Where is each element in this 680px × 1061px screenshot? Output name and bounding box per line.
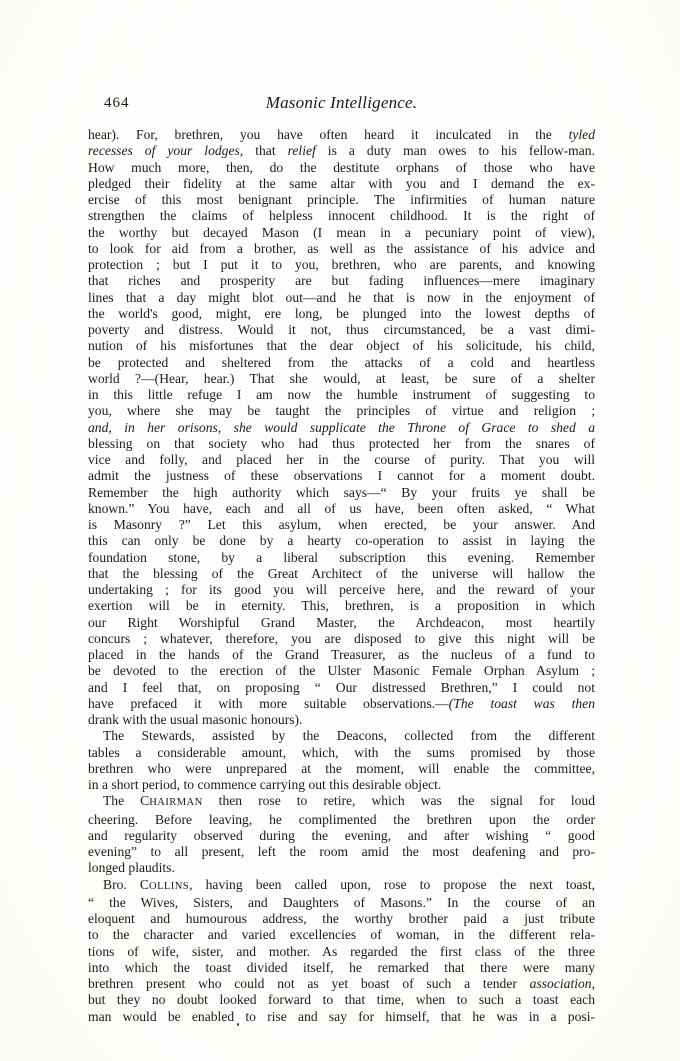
text-line: the world's good, might, ere long, be pl… xyxy=(88,306,595,322)
text-line: but they no doubt looked forward to that… xyxy=(88,992,595,1008)
paragraph: The CHAIRMAN then rose to retire, which … xyxy=(88,793,595,876)
text-line: to the character and varied excellencies… xyxy=(88,927,595,943)
text-line: poverty and distress. Would it not, thus… xyxy=(88,322,595,338)
text-line: and regularity observed during the eveni… xyxy=(88,828,595,844)
text-line: How much more, then, do the destitute or… xyxy=(88,160,595,176)
text-line: foundation stone, by a liberal subscript… xyxy=(88,550,595,566)
text-line: Bro. COLLINS, having been called upon, r… xyxy=(88,877,595,895)
text-line: is Masonry ?” Let this asylum, when erec… xyxy=(88,517,595,533)
text-line: recesses of your lodges, that relief is … xyxy=(88,143,595,159)
text-line: and I feel that, on proposing “ Our dist… xyxy=(88,680,595,696)
text-line: this can only be done by a hearty co-ope… xyxy=(88,533,595,549)
text-line: into which the toast divided itself, he … xyxy=(88,960,595,976)
text-line: blessing on that society who had thus pr… xyxy=(88,436,595,452)
paragraph: The Stewards, assisted by the Deacons, c… xyxy=(88,728,595,793)
text-line: lines that a day might blot out—and he t… xyxy=(88,290,595,306)
text-line: in a short period, to commence carrying … xyxy=(88,777,595,793)
text-line: exertion will be in eternity. This, bret… xyxy=(88,598,595,614)
running-title: Masonic Intelligence. xyxy=(88,93,595,113)
text-line: that riches and prosperity are but fadin… xyxy=(88,273,595,289)
text-line: The CHAIRMAN then rose to retire, which … xyxy=(88,793,595,811)
text-line: be protected and sheltered from the atta… xyxy=(88,355,595,371)
text-line: have prefaced it with more suitable obse… xyxy=(88,696,595,712)
text-line: ercise of this most benignant principle.… xyxy=(88,192,595,208)
scanned-book-page: 464 Masonic Intelligence. hear). For, br… xyxy=(0,0,680,1061)
text-line: drank with the usual masonic honours). xyxy=(88,712,595,728)
text-line: and, in her orisons, she would supplicat… xyxy=(88,420,595,436)
text-line: brethren present who could not as yet bo… xyxy=(88,976,595,992)
text-line: placed in the hands of the Grand Treasur… xyxy=(88,647,595,663)
text-line: vice and folly, and placed her in the co… xyxy=(88,452,595,468)
text-line: longed plaudits. xyxy=(88,860,595,876)
text-line: that the blessing of the Great Architect… xyxy=(88,566,595,582)
text-line: tables a considerable amount, which, wit… xyxy=(88,745,595,761)
text-line: cheering. Before leaving, he complimente… xyxy=(88,812,595,828)
text-line: strengthen the claims of helpless innoce… xyxy=(88,208,595,224)
text-line: evening” to all present, left the room a… xyxy=(88,844,595,860)
text-line: Remember the high authority which says—“… xyxy=(88,485,595,501)
paragraph: hear). For, brethren, you have often hea… xyxy=(88,127,595,728)
text-line: tions of wife, sister, and mother. As re… xyxy=(88,944,595,960)
text-line: world ?—(Hear, hear.) That she would, at… xyxy=(88,371,595,387)
text-line: The Stewards, assisted by the Deacons, c… xyxy=(88,728,595,744)
text-line: protection ; but I put it to you, brethr… xyxy=(88,257,595,273)
text-line: “ the Wives, Sisters, and Daughters of M… xyxy=(88,895,595,911)
text-line: you, where she may be taught the princip… xyxy=(88,403,595,419)
text-line: our Right Worshipful Grand Master, the A… xyxy=(88,615,595,631)
text-line: pledged their fidelity at the same altar… xyxy=(88,176,595,192)
text-line: admit the justness of these observations… xyxy=(88,468,595,484)
text-line: known.” You have, each and all of us hav… xyxy=(88,501,595,517)
text-line: hear). For, brethren, you have often hea… xyxy=(88,127,595,143)
text-line: concurs ; whatever, therefore, you are d… xyxy=(88,631,595,647)
text-line: to look for aid from a brother, as well … xyxy=(88,241,595,257)
paragraph: Bro. COLLINS, having been called upon, r… xyxy=(88,877,595,1025)
text-line: undertaking ; for its good you will perc… xyxy=(88,582,595,598)
text-line: in this little refuge I am now the humbl… xyxy=(88,387,595,403)
text-line: the worthy but decayed Mason (I mean in … xyxy=(88,225,595,241)
text-line: nution of his misfortunes that the dear … xyxy=(88,338,595,354)
text-line: be devoted to the erection of the Ulster… xyxy=(88,663,595,679)
text-line: brethren who were unprepared at the mome… xyxy=(88,761,595,777)
text-line: eloquent and humourous address, the wort… xyxy=(88,911,595,927)
page-header: 464 Masonic Intelligence. xyxy=(88,93,595,115)
ink-speck-artifact xyxy=(237,1023,239,1026)
page-text: hear). For, brethren, you have often hea… xyxy=(88,127,595,1025)
text-line: man would be enabled to rise and say for… xyxy=(88,1009,595,1025)
